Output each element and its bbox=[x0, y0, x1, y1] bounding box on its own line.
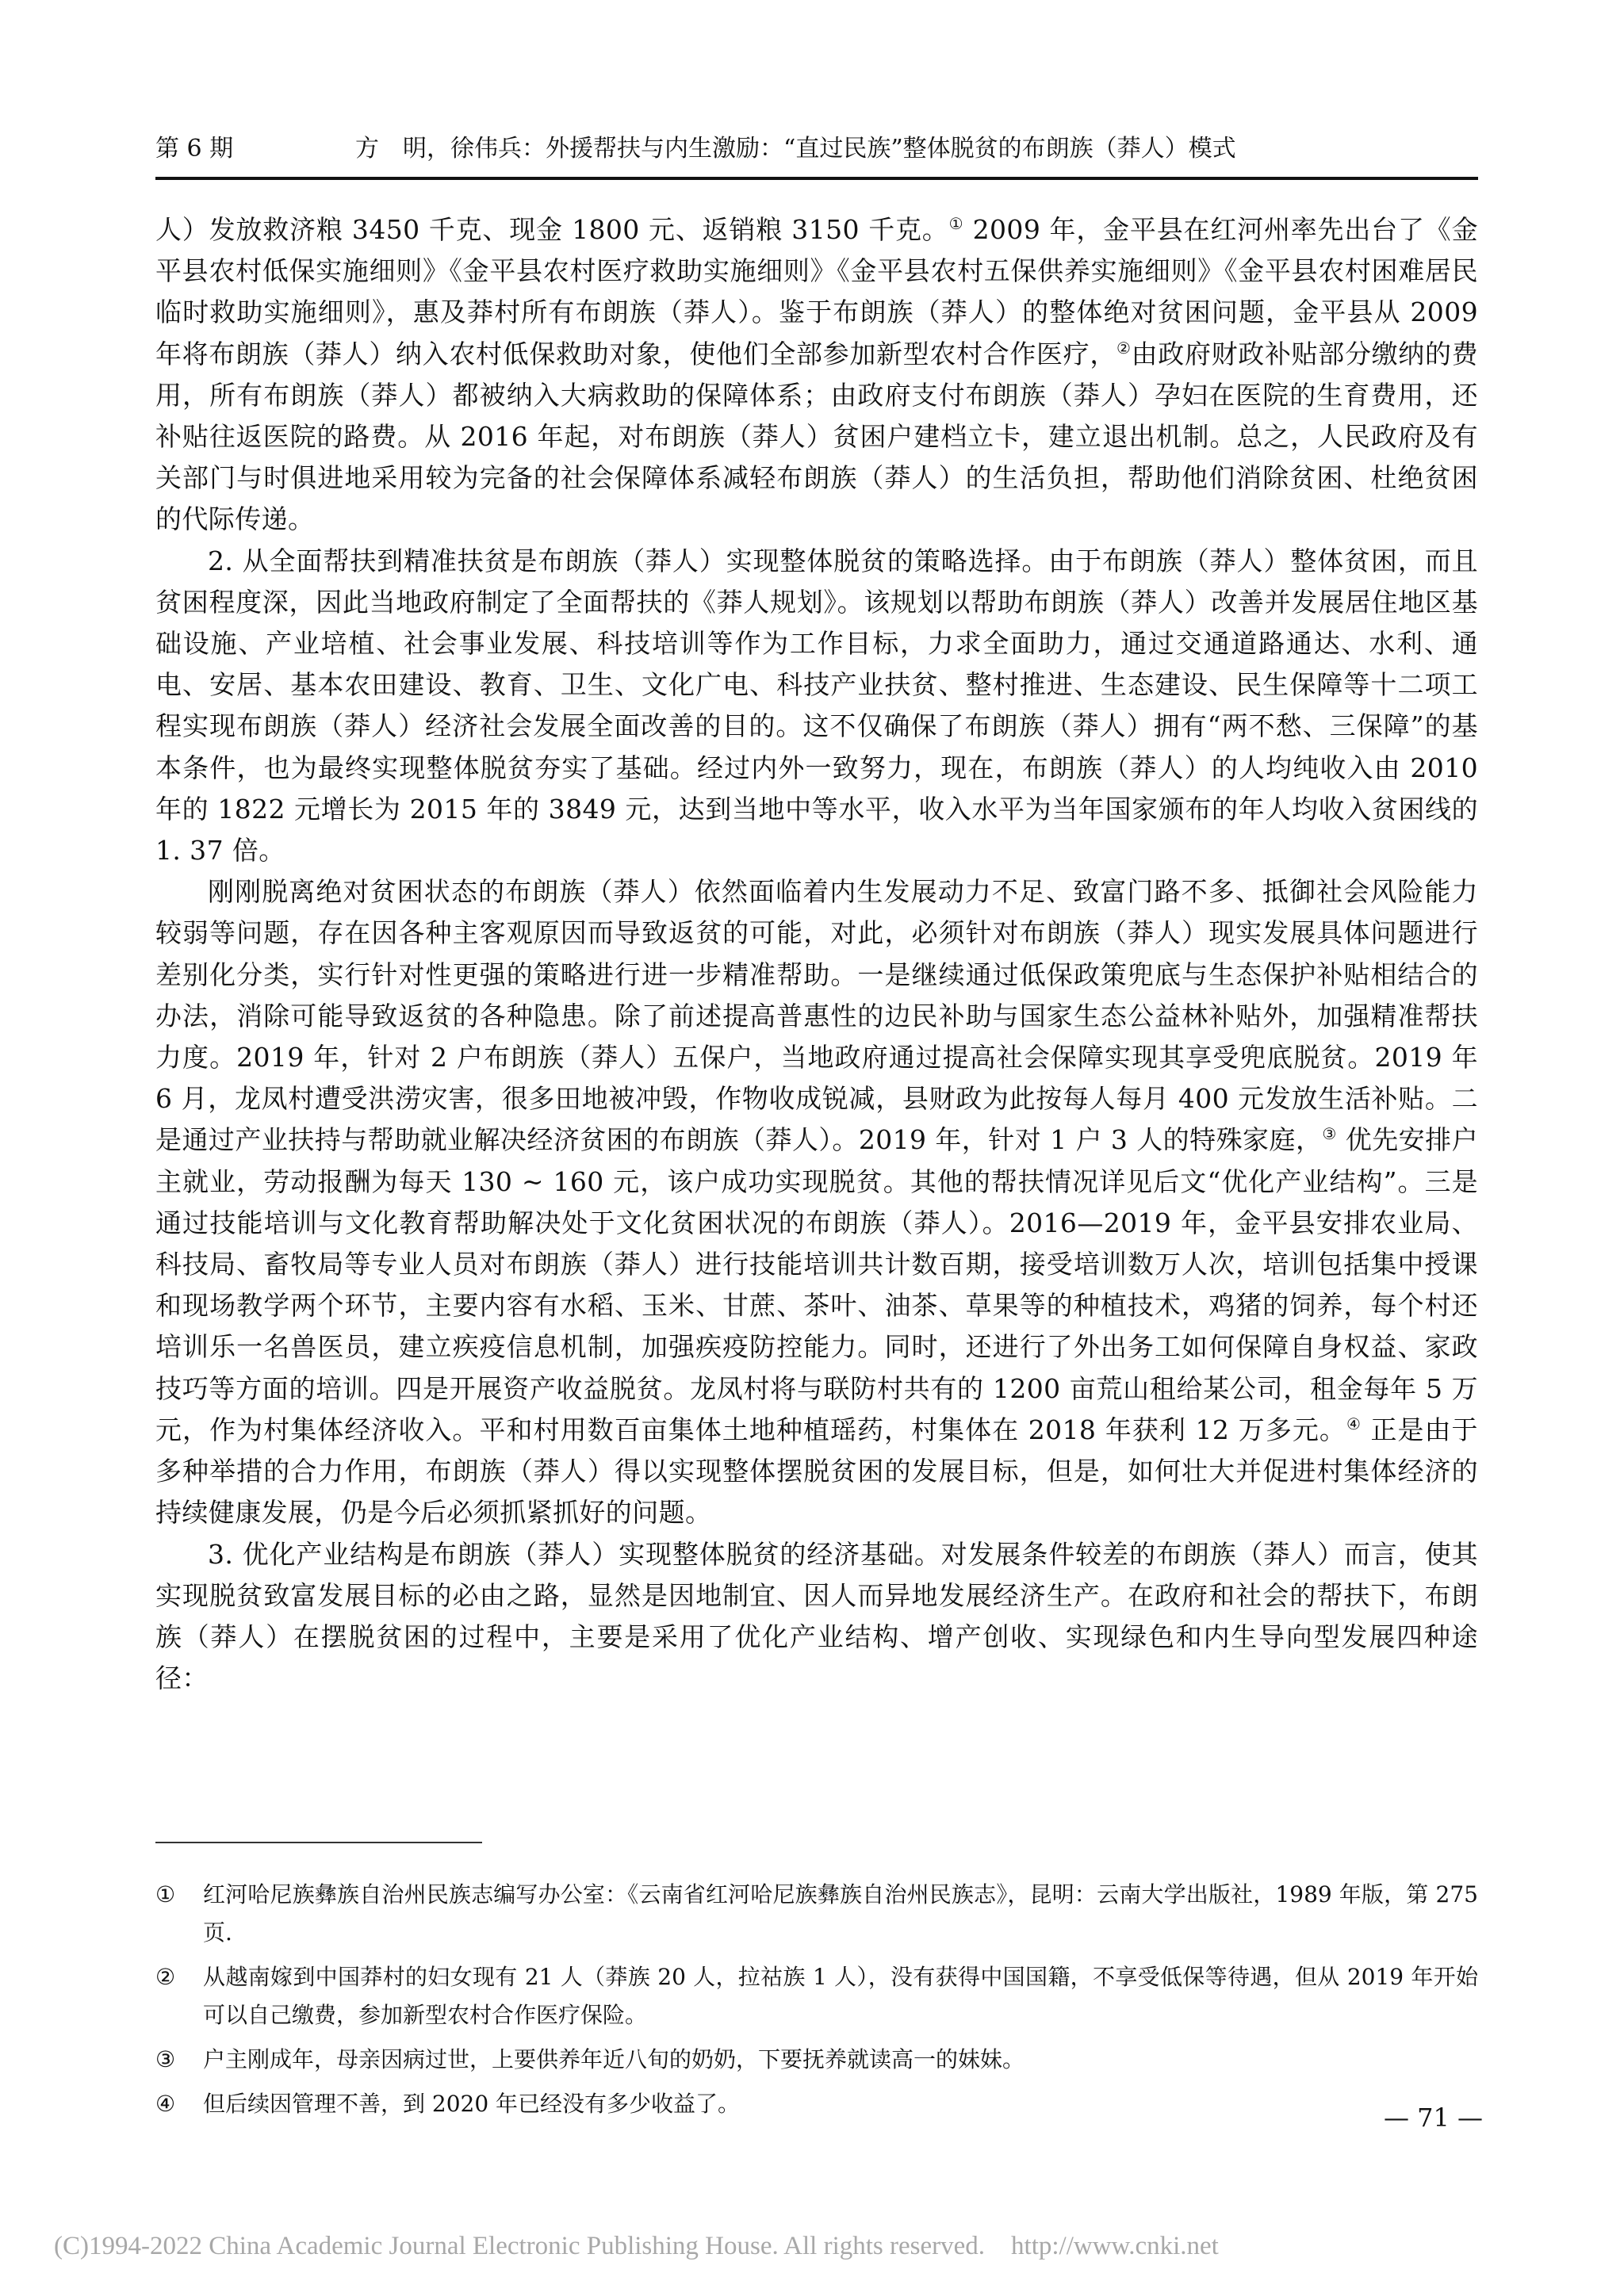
issue-number: 第 6 期 bbox=[155, 129, 233, 169]
footnote-1: ① 红河哈尼族彝族自治州民族志编写办公室：《云南省红河哈尼族彝族自治州民族志》，… bbox=[155, 1876, 1478, 1952]
footnote-ref-2[interactable]: ② bbox=[1116, 339, 1132, 358]
footnote-text: 从越南嫁到中国莽村的妇女现有 21 人（莽族 20 人，拉祜族 1 人），没有获… bbox=[203, 1964, 1478, 2028]
paragraph-1: 人）发放救济粮 3450 千克、现金 1800 元、返销粮 3150 千克。① … bbox=[155, 209, 1478, 541]
page-number: — 71 — bbox=[1348, 2098, 1483, 2137]
header-rule bbox=[155, 177, 1478, 180]
footnote-mark: ① bbox=[155, 1876, 175, 1914]
footnote-ref-3[interactable]: ③ bbox=[1322, 1124, 1336, 1143]
footnote-text: 但后续因管理不善，到 2020 年已经没有多少收益了。 bbox=[203, 2091, 740, 2117]
copyright-notice: (C)1994-2022 China Academic Journal Elec… bbox=[54, 2226, 1219, 2266]
running-title: 方 明，徐伟兵：外援帮扶与内生激励：“直过民族”整体脱贫的布朗族（莽人）模式 bbox=[355, 129, 1236, 169]
footnote-mark: ③ bbox=[155, 2041, 175, 2079]
footnote-ref-4[interactable]: ④ bbox=[1346, 1414, 1362, 1433]
footnote-4: ④ 但后续因管理不善，到 2020 年已经没有多少收益了。 bbox=[155, 2085, 1478, 2123]
footnote-mark: ④ bbox=[155, 2085, 175, 2123]
footnote-mark: ② bbox=[155, 1958, 175, 1996]
running-header: 第 6 期 方 明，徐伟兵：外援帮扶与内生激励：“直过民族”整体脱贫的布朗族（莽… bbox=[155, 129, 1478, 169]
footnote-text: 红河哈尼族彝族自治州民族志编写办公室：《云南省红河哈尼族彝族自治州民族志》，昆明… bbox=[203, 1881, 1478, 1946]
footnote-3: ③ 户主刚成年，母亲因病过世，上要供养年近八旬的奶奶，下要抚养就读高一的妹妹。 bbox=[155, 2041, 1478, 2079]
footnotes: ① 红河哈尼族彝族自治州民族志编写办公室：《云南省红河哈尼族彝族自治州民族志》，… bbox=[155, 1876, 1478, 2130]
paragraph-4: 3. 优化产业结构是布朗族（莽人）实现整体脱贫的经济基础。对发展条件较差的布朗族… bbox=[155, 1534, 1478, 1700]
paragraph-3: 刚刚脱离绝对贫困状态的布朗族（莽人）依然面临着内生发展动力不足、致富门路不多、抵… bbox=[155, 871, 1478, 1533]
paragraph-2: 2. 从全面帮扶到精准扶贫是布朗族（莽人）实现整体脱贫的策略选择。由于布朗族（莽… bbox=[155, 541, 1478, 872]
footnote-text: 户主刚成年，母亲因病过世，上要供养年近八旬的奶奶，下要抚养就读高一的妹妹。 bbox=[203, 2046, 1025, 2072]
body-text: 人）发放救济粮 3450 千克、现金 1800 元、返销粮 3150 千克。① … bbox=[155, 209, 1478, 1699]
footnote-divider bbox=[155, 1842, 482, 1843]
footnote-2: ② 从越南嫁到中国莽村的妇女现有 21 人（莽族 20 人，拉祜族 1 人），没… bbox=[155, 1958, 1478, 2034]
footnote-ref-1[interactable]: ① bbox=[949, 214, 964, 233]
